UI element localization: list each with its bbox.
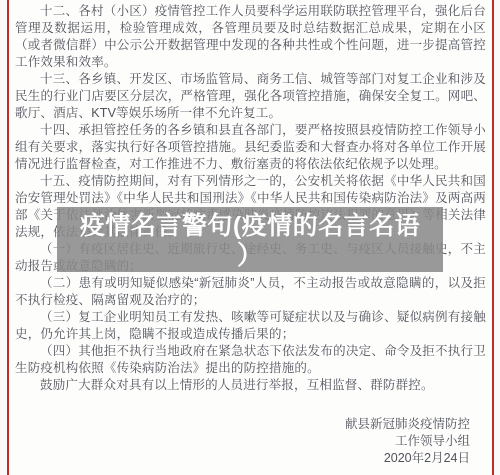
signature-org-line-1: 献县新冠肺炎疫情防控 [15,416,470,433]
doc-paragraph-14: 十四、承担管控任务的各乡镇和县直各部门，要严格按照县疫情防控工作领导小组有关要求… [15,122,486,173]
doc-paragraph-12: 十二、各村（小区）疫情管控工作人员要科学运用联防联控管理平台，强化后台管理及数据… [15,3,486,71]
signature-block: 献县新冠肺炎疫情防控 工作领导小组 2020年2月24日 [15,416,486,467]
doc-paragraph-closing: 鼓励广大群众对具有以上情形的人员进行举报，互相监督、群防群控。 [15,377,486,394]
overlay-title-paren: ） [57,241,443,269]
doc-paragraph-item-4: （四）其他拒不执行当地政府在紧急状态下依法发布的决定、命令及拒不执行卫生防疫机构… [15,343,486,377]
document-body: 十二、各村（小区）疫情管控工作人员要科学运用联防联控管理平台，强化后台管理及数据… [15,3,486,394]
page: 十二、各村（小区）疫情管控工作人员要科学运用联防联控管理平台，强化后台管理及数据… [0,0,500,475]
signature-org-line-2: 工作领导小组 [15,433,470,450]
overlay-title-text: 疫情名言警句(疫情的名言名语 [57,211,443,241]
doc-paragraph-item-2: （二）患有或明知疑似感染“新冠肺炎”人员，不主动报告或故意隐瞒的，以及拒不执行检… [15,275,486,309]
doc-paragraph-item-3: （三）复工企业明知员工有发热、咳嗽等可疑症状以及与确诊、疑似病例有接触史，仍允许… [15,309,486,343]
overlay-title-banner: 疫情名言警句(疫情的名言名语 ） [57,207,443,272]
doc-paragraph-13: 十三、各乡镇、开发区、市场监管局、商务工信、城管等部门对复工企业和涉及民生的行业… [15,71,486,122]
signature-date: 2020年2月24日 [15,450,470,467]
